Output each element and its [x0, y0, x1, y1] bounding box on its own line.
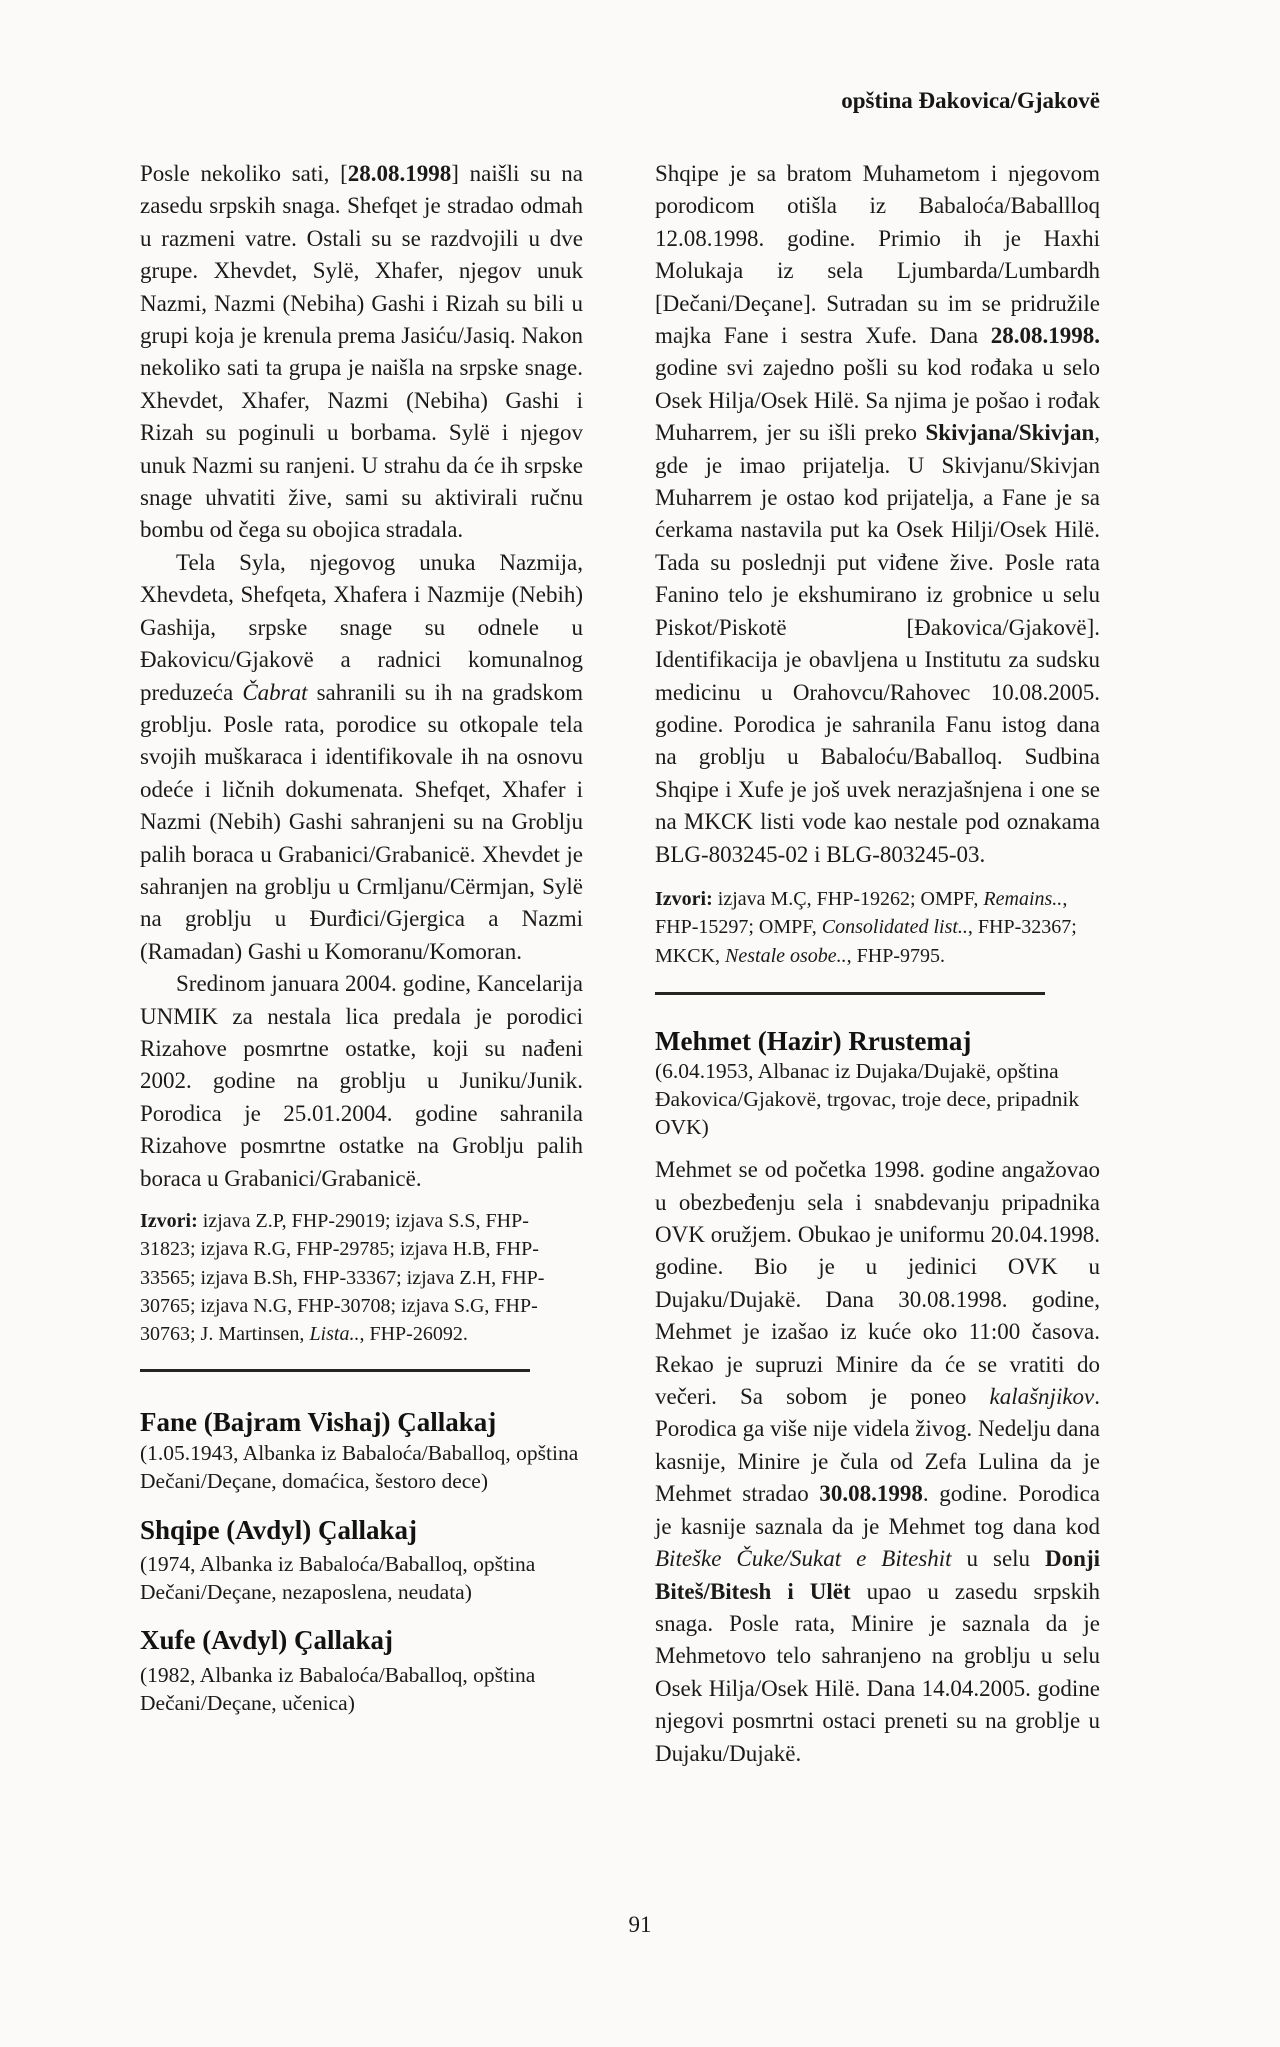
running-header: opština Đakovica/Gjakovë	[655, 88, 1100, 114]
right-column: Shqipe je sa bratom Muhametom i njegovom…	[655, 158, 1100, 1770]
victim-details: (1974, Albanka iz Babaloća/Baballoq, opš…	[140, 1550, 583, 1606]
section-divider	[655, 992, 1045, 995]
sources-note: Izvori: izjava M.Ç, FHP-19262; OMPF, Rem…	[655, 885, 1100, 970]
victim-details: (1982, Albanka iz Babaloća/Baballoq, opš…	[140, 1661, 583, 1717]
victim-name-heading: Xufe (Avdyl) Çallakaj	[140, 1624, 583, 1656]
victim-name-heading: Fane (Bajram Vishaj) Çallakaj	[140, 1406, 583, 1438]
victim-name-heading: Mehmet (Hazir) Rrustemaj	[655, 1025, 1100, 1057]
sources-note: Izvori: izjava Z.P, FHP-29019; izjava S.…	[140, 1207, 583, 1348]
paragraph: Shqipe je sa bratom Muhametom i njegovom…	[655, 158, 1100, 871]
victim-name-heading: Shqipe (Avdyl) Çallakaj	[140, 1514, 583, 1546]
book-page: opština Đakovica/Gjakovë Posle nekoliko …	[0, 0, 1280, 2047]
paragraph: Mehmet se od početka 1998. godine angažo…	[655, 1154, 1100, 1770]
paragraph: Tela Syla, njegovog unuka Nazmija, Xhevd…	[140, 547, 583, 968]
paragraph: Sredinom januara 2004. godine, Kancelari…	[140, 968, 583, 1195]
victim-details: (6.04.1953, Albanac iz Dujaka/Dujakë, op…	[655, 1057, 1100, 1141]
victim-details: (1.05.1943, Albanka iz Babaloća/Baballoq…	[140, 1439, 583, 1495]
left-column: Posle nekoliko sati, [28.08.1998] naišli…	[140, 158, 583, 1717]
page-number: 91	[0, 1912, 1280, 1938]
section-divider	[140, 1369, 530, 1372]
paragraph: Posle nekoliko sati, [28.08.1998] naišli…	[140, 158, 583, 547]
